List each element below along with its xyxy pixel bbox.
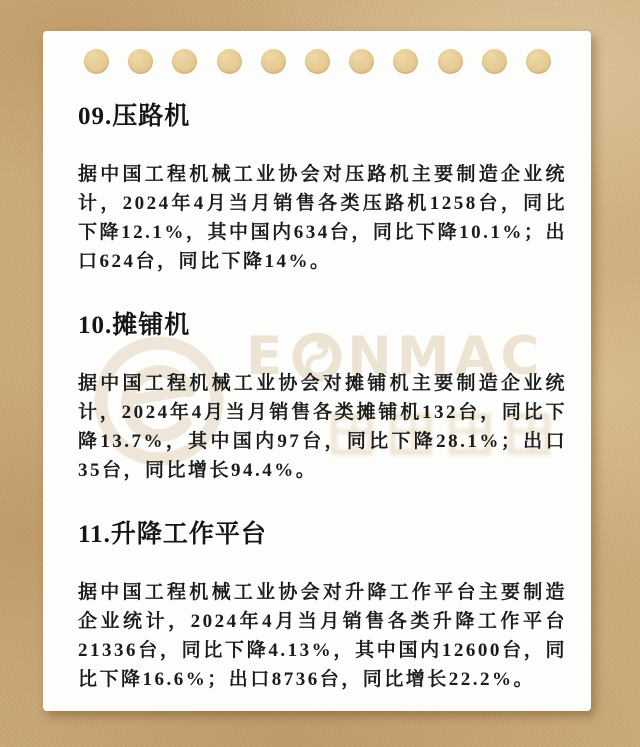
section-body: 据中国工程机械工业协会对升降工作平台主要制造企业统计，2024年4月当月销售各类… [78, 578, 567, 694]
article-content: 09.压路机 据中国工程机械工业协会对压路机主要制造企业统计，2024年4月当月… [43, 101, 591, 694]
punch-hole [482, 49, 507, 74]
punch-hole [438, 49, 463, 74]
section-title: 09.压路机 [78, 101, 567, 133]
punch-hole [172, 49, 197, 74]
punch-hole [261, 49, 286, 74]
section-paver: 10.摊铺机 据中国工程机械工业协会对摊铺机主要制造企业统计，2024年4月当月… [78, 310, 567, 485]
section-body: 据中国工程机械工业协会对压路机主要制造企业统计，2024年4月当月销售各类压路机… [78, 160, 567, 276]
section-aerial-work-platform: 11.升降工作平台 据中国工程机械工业协会对升降工作平台主要制造企业统计，202… [78, 519, 567, 694]
section-title: 11.升降工作平台 [78, 519, 567, 551]
punch-hole [84, 49, 109, 74]
punch-hole [526, 49, 551, 74]
paper-card: E NMAC 09.压路机 据中国工程机械工业协会对压路机主要制造企业统计，20… [43, 31, 591, 711]
punch-hole [393, 49, 418, 74]
section-body: 据中国工程机械工业协会对摊铺机主要制造企业统计，2024年4月当月销售各类摊铺机… [78, 369, 567, 485]
punch-hole [217, 49, 242, 74]
punch-hole [128, 49, 153, 74]
section-road-roller: 09.压路机 据中国工程机械工业协会对压路机主要制造企业统计，2024年4月当月… [78, 101, 567, 276]
punch-holes-row [43, 31, 591, 74]
punch-hole [305, 49, 330, 74]
section-title: 10.摊铺机 [78, 310, 567, 342]
punch-hole [349, 49, 374, 74]
textured-background: E NMAC 09.压路机 据中国工程机械工业协会对压路机主要制造企业统计，20… [0, 0, 640, 747]
